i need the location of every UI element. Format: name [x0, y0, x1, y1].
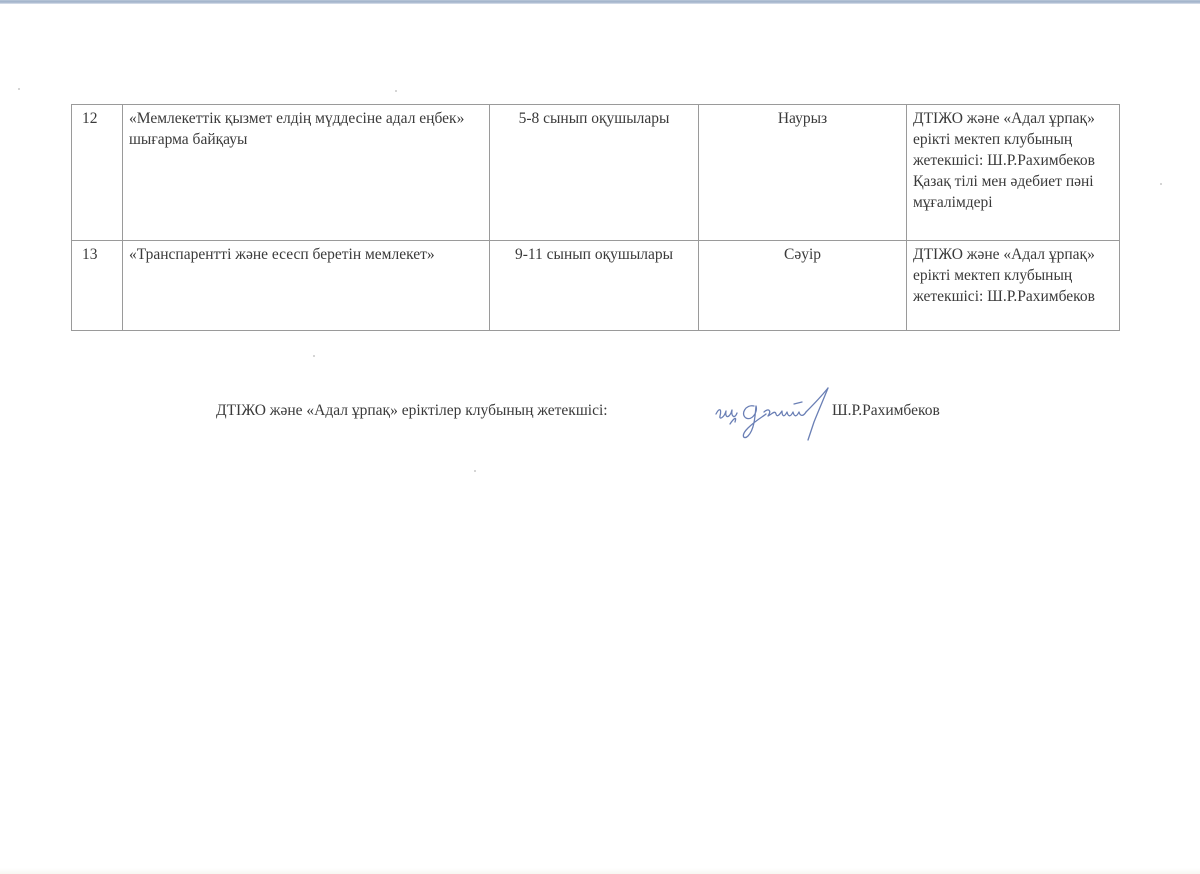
scan-top-border: [0, 0, 1200, 4]
scan-bottom-edge: [0, 868, 1200, 874]
month-cell: Наурыз: [699, 105, 907, 241]
scan-speck: [1160, 183, 1162, 185]
table-row: 13 «Транспарентті және есесп беретін мем…: [72, 241, 1120, 331]
signature-icon: [710, 384, 842, 446]
event-cell: «Мемлекеттік қызмет елдің мүддесіне адал…: [123, 105, 490, 241]
responsible-cell: ДТІЖО және «Адал ұрпақ» ерікті мектеп кл…: [907, 105, 1120, 241]
event-plan-table: 12 «Мемлекеттік қызмет елдің мүддесіне а…: [71, 104, 1120, 331]
signer-name: Ш.Р.Рахимбеков: [832, 402, 940, 420]
scan-speck: [395, 90, 397, 92]
scan-speck: [18, 88, 20, 90]
scan-speck: [474, 470, 476, 472]
month-cell: Сәуір: [699, 241, 907, 331]
signature-role-text: ДТІЖО және «Адал ұрпақ» еріктілер клубын…: [216, 402, 608, 420]
participants-cell: 5-8 сынып оқушылары: [490, 105, 699, 241]
scan-speck: [313, 355, 315, 357]
participants-cell: 9-11 сынып оқушылары: [490, 241, 699, 331]
responsible-cell: ДТІЖО және «Адал ұрпақ» ерікті мектеп кл…: [907, 241, 1120, 331]
table-row: 12 «Мемлекеттік қызмет елдің мүддесіне а…: [72, 105, 1120, 241]
event-cell: «Транспарентті және есесп беретін мемлек…: [123, 241, 490, 331]
row-number-cell: 12: [72, 105, 123, 241]
row-number-cell: 13: [72, 241, 123, 331]
